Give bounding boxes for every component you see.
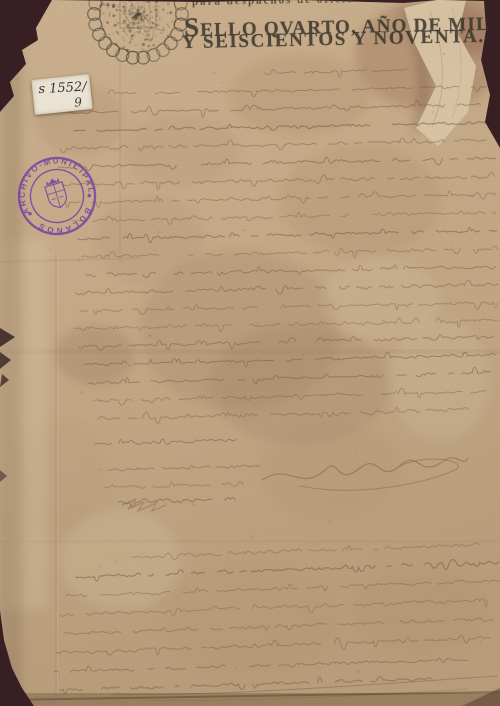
manuscript-photo-art: ARCHIVO-MUNICIPAL BOLAÑOS — [0, 0, 500, 706]
photographed-manuscript: ARCHIVO-MUNICIPAL BOLAÑOS para despachos… — [0, 0, 500, 706]
